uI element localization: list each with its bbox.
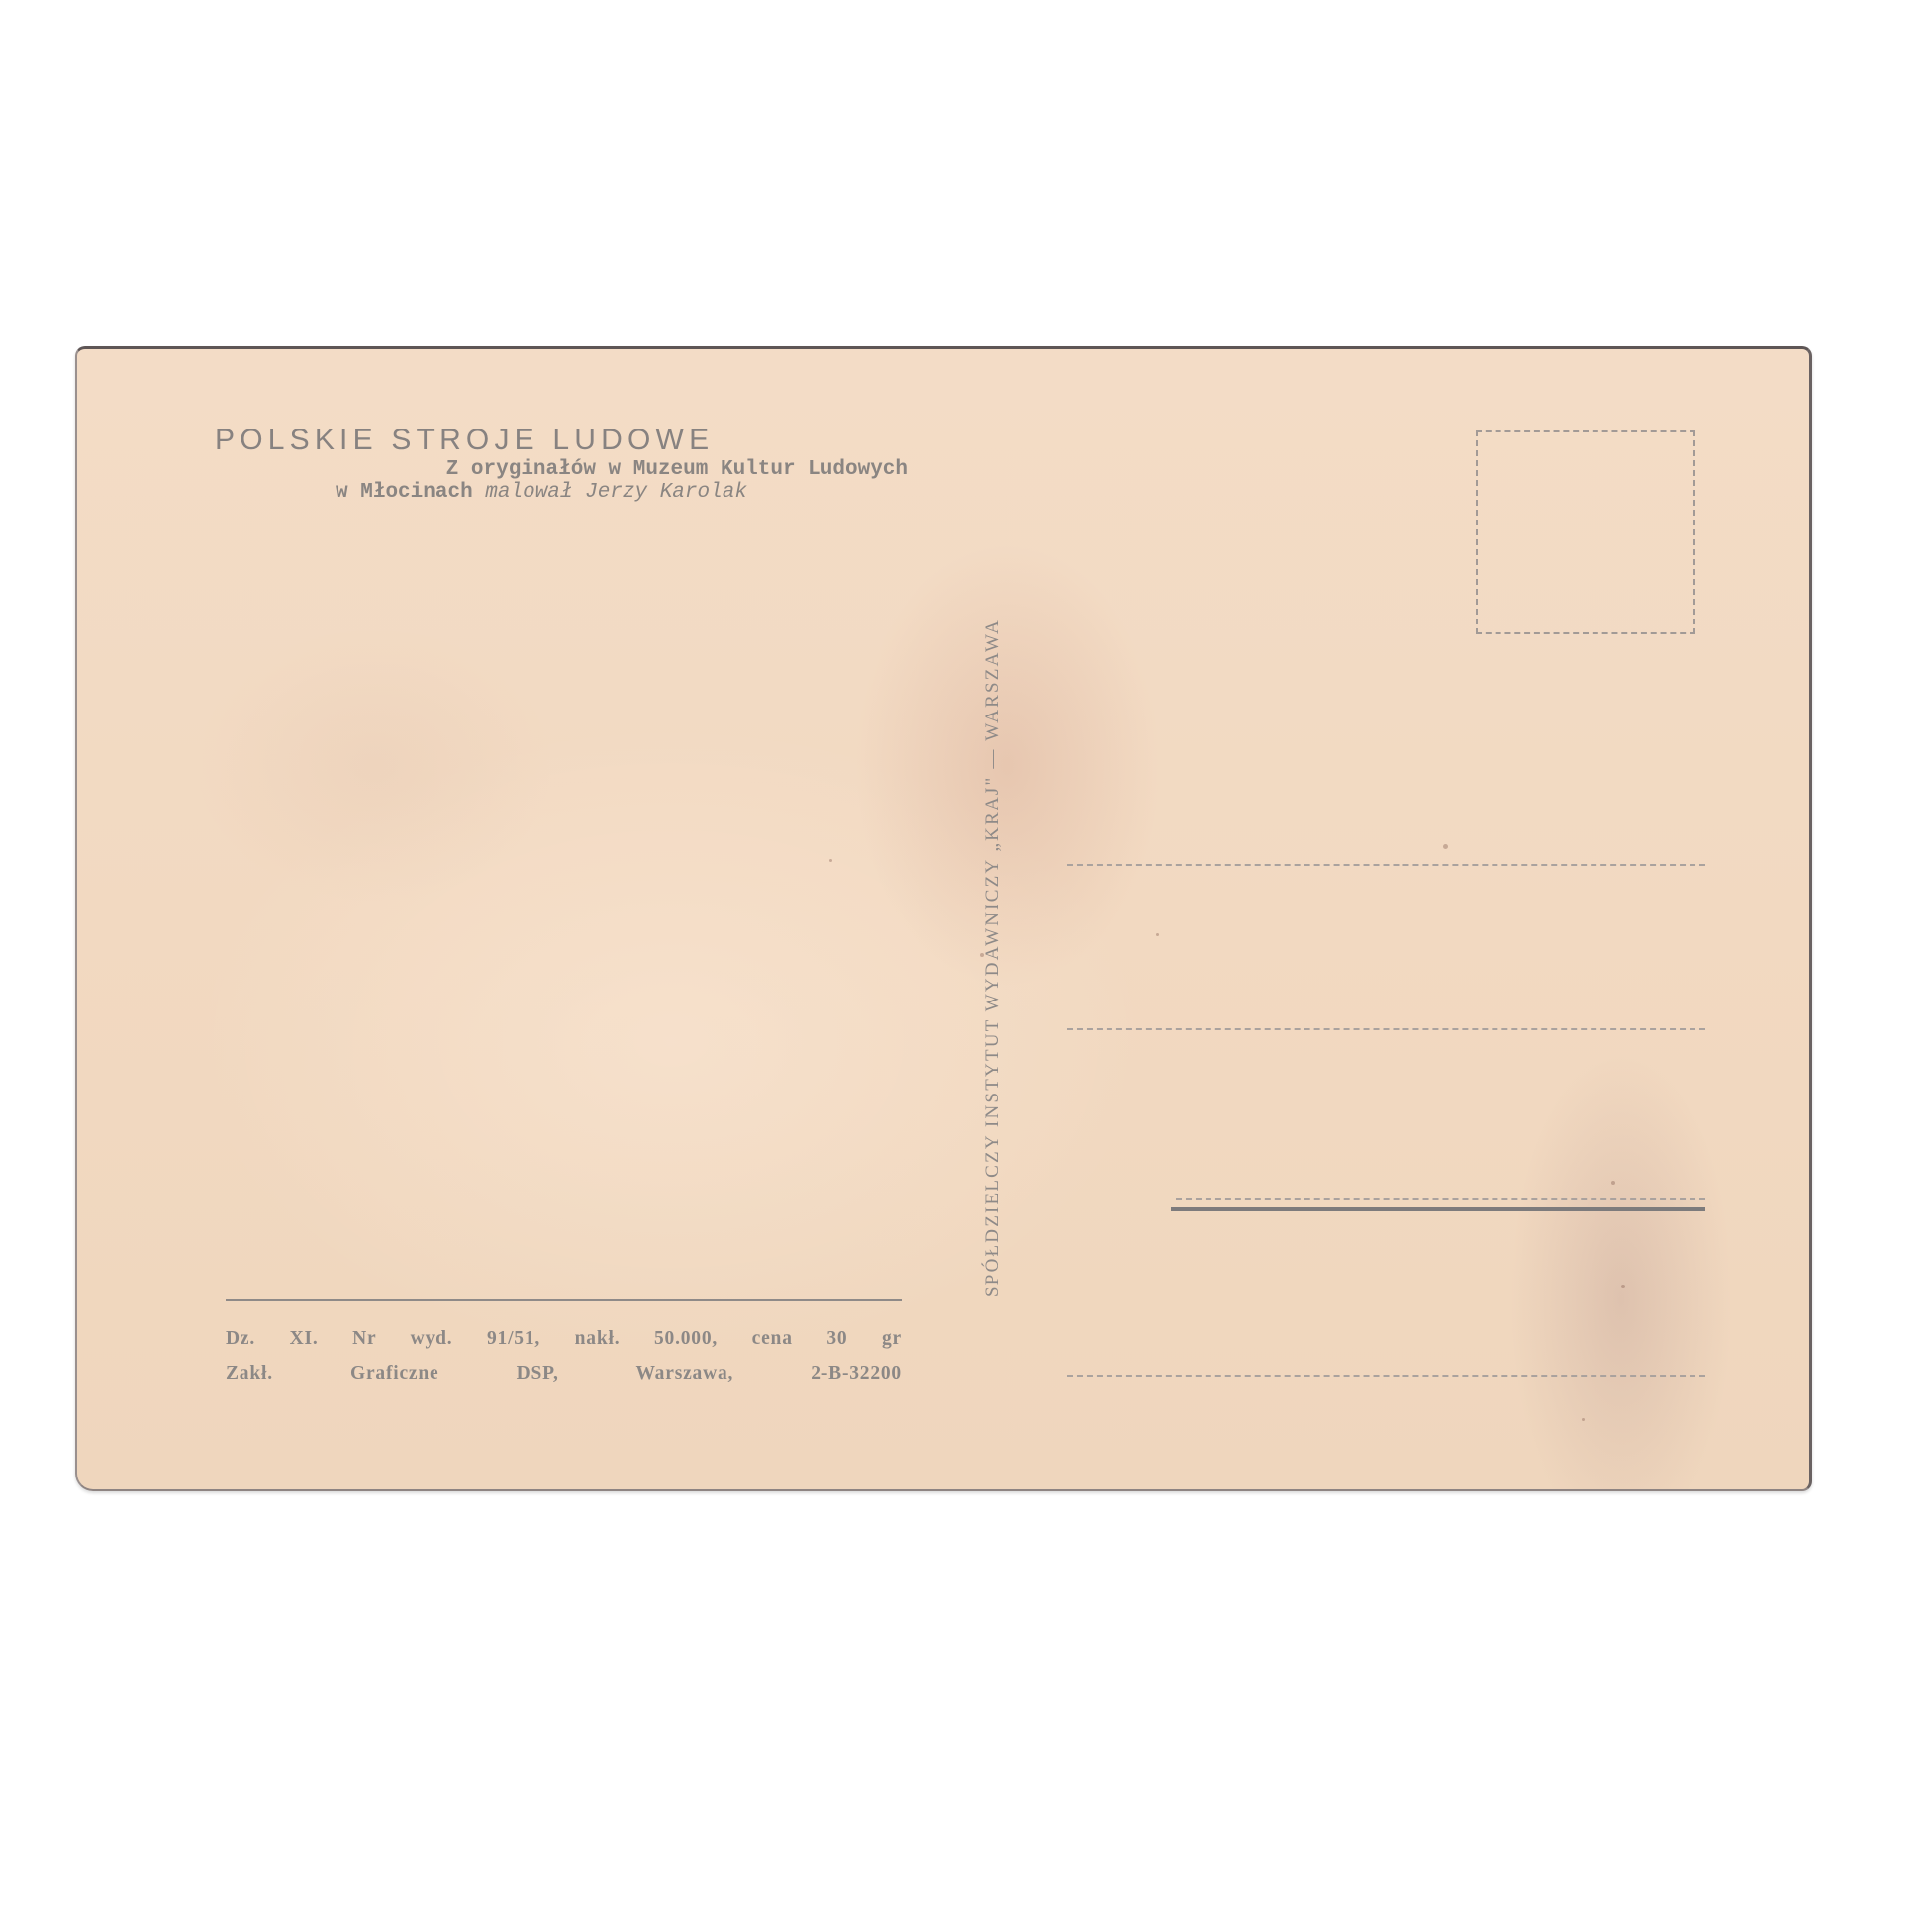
subtitle-location: w Młocinach [336,481,485,504]
stain-speck [829,859,832,862]
stamp-box [1476,430,1695,634]
imprint-line-1: Dz. XI. Nr wyd. 91/51, nakł. 50.000, cen… [226,1321,902,1356]
subtitle-artist: malował Jerzy Karolak [485,481,747,504]
series-subtitle: Z oryginałów w Muzeum Kultur Ludowych w … [215,458,908,504]
imprint-block: Dz. XI. Nr wyd. 91/51, nakł. 50.000, cen… [226,1321,902,1390]
imprint-divider [226,1299,902,1301]
imprint-line-2: Zakł. Graficzne DSP, Warszawa, 2-B-32200 [226,1356,902,1390]
address-line-1 [1067,864,1705,866]
stain-speck [1611,1181,1615,1185]
stain-speck [980,953,984,957]
address-line-2 [1067,1028,1705,1030]
stain-speck [1156,933,1159,936]
series-title: POLSKIE STROJE LUDOWE [215,424,714,457]
subtitle-line-2: w Młocinach malował Jerzy Karolak [215,481,908,504]
address-line-3 [1171,1207,1705,1211]
address-line-4 [1067,1375,1705,1377]
stain-speck [1621,1285,1625,1288]
stain-speck [1443,844,1448,849]
publisher-vertical-text: SPÓŁDZIELCZY INSTYTUT WYDAWNICZY „KRAJ" … [982,619,1004,1297]
stain-speck [1582,1418,1585,1421]
postcard-back: POLSKIE STROJE LUDOWE Z oryginałów w Muz… [75,346,1812,1491]
address-line-3-guide [1176,1198,1705,1200]
subtitle-line-1: Z oryginałów w Muzeum Kultur Ludowych [446,458,908,481]
